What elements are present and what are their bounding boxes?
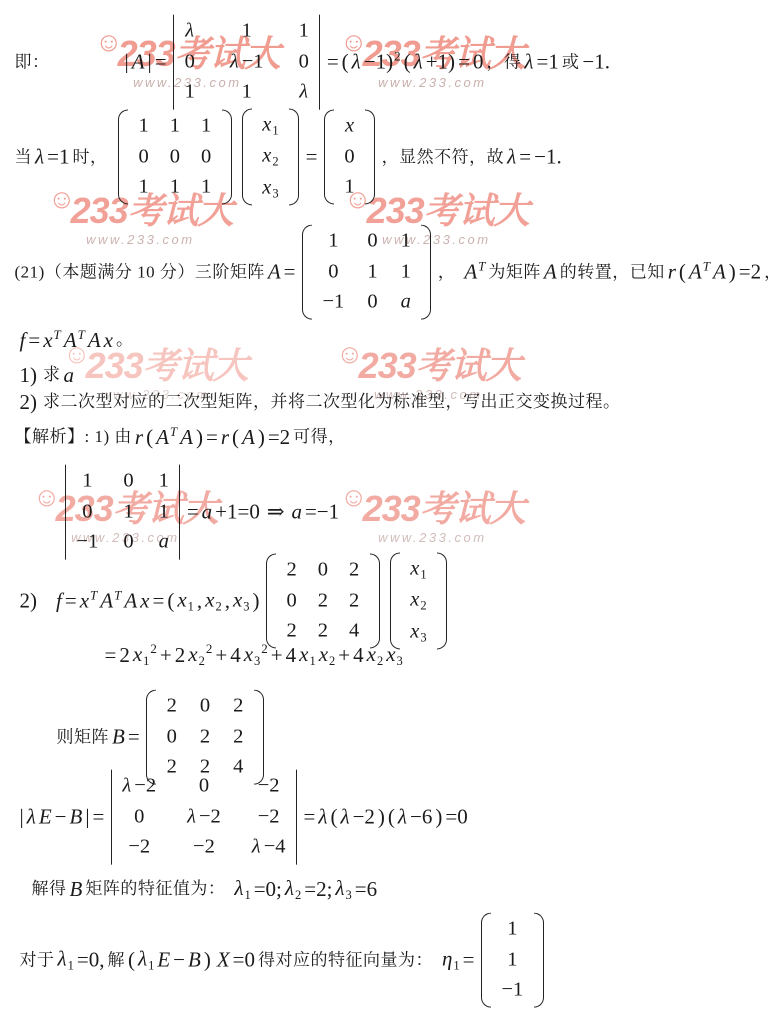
matrix-cell: 0 xyxy=(199,145,212,169)
math-token: xT xyxy=(43,328,61,352)
math-token: 0 xyxy=(473,50,484,74)
lambda-1-check-line: 当λ=1时，111000111x1x2x3=x01，显然不符，故λ=−1. xyxy=(13,108,563,205)
math-token: =1 xyxy=(47,145,69,169)
subscript: 3 xyxy=(272,186,278,200)
math-token: 0 xyxy=(367,291,377,315)
matrix-cell: 1 xyxy=(137,115,150,139)
math-token: , xyxy=(225,589,230,613)
matrix-cell: 2 xyxy=(316,620,329,644)
matrix-cell: a xyxy=(399,291,412,315)
math-token: r xyxy=(668,260,676,284)
math-token: AT xyxy=(64,328,85,352)
math-token: ( xyxy=(342,50,349,74)
math-token: x1 xyxy=(410,557,426,581)
math-token: =0, xyxy=(77,948,105,972)
math-token: 则矩阵 xyxy=(57,727,110,747)
math-token: −4 xyxy=(264,836,286,860)
paren-right xyxy=(289,108,299,205)
math-token: 解得 xyxy=(32,879,67,899)
eigenvalues-line: 解得B矩阵的特征值为：λ1=0;λ2=2;λ3=6 xyxy=(30,876,379,902)
det-bar-right xyxy=(319,15,320,110)
math-token: 1 xyxy=(367,260,377,284)
watermark-233-logo: 233考试大 xyxy=(363,491,525,527)
matrix-cell: x3 xyxy=(409,620,428,644)
matrix-cell: 2 xyxy=(165,695,178,719)
matrix-cell: −1 xyxy=(75,531,100,555)
math-token: 1 xyxy=(185,81,195,105)
math-token: 0 xyxy=(328,260,338,284)
subscript: 1 xyxy=(244,888,250,902)
smiley-icon: ☺ xyxy=(340,484,368,511)
subscript: 3 xyxy=(346,888,352,902)
math-token: =1 xyxy=(537,50,559,74)
spacer xyxy=(212,960,215,961)
paren-left xyxy=(324,110,334,205)
math-token: −2 xyxy=(134,775,156,799)
math-token: 1 xyxy=(401,230,411,254)
math-token: 0 xyxy=(318,559,328,583)
matrix-cell: 1 xyxy=(157,500,170,524)
math-token: x xyxy=(140,589,149,613)
matrix-cell: 0 xyxy=(198,695,211,719)
math-token: 1 xyxy=(159,500,169,524)
math-token: x2 xyxy=(319,642,336,668)
matrix-grid: 202022224 xyxy=(276,554,370,649)
matrix-cell: λ xyxy=(298,81,310,105)
math-token: 0 xyxy=(344,145,354,169)
math-token: ( xyxy=(232,425,239,449)
math-token: ，且二次型 xyxy=(764,262,781,282)
paren-matrix: x1x2x3 xyxy=(390,552,447,649)
math-token: 当 xyxy=(15,147,33,167)
paren-left xyxy=(266,554,276,649)
spacer xyxy=(286,512,290,513)
subscript: 1 xyxy=(453,959,459,973)
watermark-233-logo: 233考试大 xyxy=(86,348,248,384)
math-token: 2 xyxy=(233,725,243,749)
subscript: 2 xyxy=(215,600,221,614)
math-token: 0 xyxy=(200,695,210,719)
subscript: 3 xyxy=(254,654,260,668)
matrix-cell: 2 xyxy=(316,589,329,613)
matrix-cell: 4 xyxy=(348,620,361,644)
math-token: 1 xyxy=(201,115,211,139)
spacer xyxy=(39,401,42,402)
eigenvector-1-line: 对于λ1=0,解(λ1E−B)X=0得对应的特征向量为：η1=11−1 xyxy=(18,913,549,1008)
math-token: λ1 xyxy=(234,876,250,902)
matrix-cell: 1 xyxy=(399,230,412,254)
math-token: −2 xyxy=(353,805,375,829)
spacer xyxy=(39,374,42,375)
matrix-cell: 0 xyxy=(137,145,150,169)
math-token: x3 xyxy=(386,642,403,668)
math-token: =0; xyxy=(254,877,282,901)
matrix-cell: 2 xyxy=(285,620,298,644)
math-token: λ xyxy=(318,805,327,829)
math-token: 0 xyxy=(123,470,133,494)
matrix-grid: 101011−10a xyxy=(66,465,179,560)
math-token: AT xyxy=(100,589,121,613)
math-token: A xyxy=(544,260,557,284)
subscript: 2 xyxy=(272,155,278,169)
math-token: =6 xyxy=(355,877,377,901)
matrix-cell: 0 xyxy=(197,775,210,799)
math-token: AT xyxy=(689,260,710,284)
math-token: 或 xyxy=(562,52,580,72)
watermark-logo-row: ☺233考试大 xyxy=(340,491,525,527)
math-token: a xyxy=(64,363,75,387)
matrix-cell: 1 xyxy=(183,81,196,105)
matrix-grid: 11−1 xyxy=(491,913,534,1008)
math-token: + xyxy=(338,643,350,667)
math-token: = xyxy=(187,500,199,524)
math-token: − xyxy=(173,948,185,972)
matrix-cell: −2 xyxy=(256,805,281,829)
subscript: 2 xyxy=(329,654,335,668)
superscript: T xyxy=(90,588,97,603)
matrix-cell: 1 xyxy=(240,81,253,105)
math-token: 1 xyxy=(138,176,148,200)
math-token: x3 xyxy=(262,176,278,200)
math-token: λ xyxy=(340,805,349,829)
math-token: x2 xyxy=(367,642,384,668)
math-token: + xyxy=(271,643,283,667)
math-token: λ xyxy=(524,50,533,74)
math-token: λ3 xyxy=(335,876,351,902)
subscript: 2 xyxy=(199,654,205,668)
quadratic-form-line: f=xTATAx。 xyxy=(18,328,135,352)
math-token: 1 xyxy=(507,918,517,942)
math-token: −1 xyxy=(77,531,99,555)
spacer xyxy=(457,272,463,273)
matrix-cell: 1 xyxy=(366,260,379,284)
matrix-cell: 1 xyxy=(122,500,135,524)
math-token: 1 xyxy=(344,176,354,200)
math-token: 0 xyxy=(123,531,133,555)
paren-right xyxy=(534,913,544,1008)
math-token: = xyxy=(463,948,475,972)
math-token: 4 xyxy=(230,643,241,667)
superscript: T xyxy=(78,327,85,342)
matrix-cell: −2 xyxy=(256,775,281,799)
matrix-cell: 0 xyxy=(327,260,340,284)
math-token: 1 xyxy=(242,20,252,44)
math-token: −2 xyxy=(258,775,280,799)
matrix-cell: −2 xyxy=(192,836,217,860)
math-token: 1 xyxy=(123,500,133,524)
math-token: A xyxy=(242,425,255,449)
math-token: = xyxy=(327,50,339,74)
matrix-cell: −2 xyxy=(127,836,152,860)
matrix-cell: a xyxy=(157,531,170,555)
math-token: λ xyxy=(35,145,44,169)
problem-21-line: (21)（本题满分 10 分）三阶矩阵A=101011−10a，AT为矩阵A的转… xyxy=(13,225,781,320)
matrix-grid: λ−20−20λ−2−2−2−2λ−4 xyxy=(112,770,296,865)
math-token: | xyxy=(20,805,24,829)
subscript: 2 xyxy=(420,599,426,613)
math-token: =−1 xyxy=(305,500,339,524)
math-token: x1 xyxy=(177,588,194,614)
math-token: 2) xyxy=(20,589,38,613)
math-token: 2 xyxy=(200,725,210,749)
part2-question-line: 2)求二次型对应的二次型矩阵，并将二次型化为标准型，写出正交变换过程。 xyxy=(18,390,622,414)
math-token: −6 xyxy=(410,805,432,829)
math-token: 时， xyxy=(72,147,107,167)
matrix-cell: 2 xyxy=(285,559,298,583)
superscript: 2 xyxy=(150,641,157,656)
math-token: λ xyxy=(187,805,196,829)
math-token: ( xyxy=(167,589,174,613)
math-token: ) xyxy=(378,805,385,829)
math-token: x2 xyxy=(262,145,278,169)
math-token: =2; xyxy=(304,877,332,901)
math-token: 2 xyxy=(349,559,359,583)
math-token: f xyxy=(20,328,26,352)
math-token: +1=0 xyxy=(215,500,260,524)
matrix-cell: 2 xyxy=(198,725,211,749)
matrix-cell: 1 xyxy=(506,918,519,942)
matrix-cell: 0 xyxy=(343,145,356,169)
part2-expansion-line: 2)f=xTATAx=(x1,x2,x3)202022224x1x2x3 xyxy=(18,552,452,649)
math-token: 。 xyxy=(116,330,134,350)
math-token: 1 xyxy=(507,948,517,972)
math-token: ，显然不符，故 xyxy=(382,147,505,167)
analysis-line: 【解析】: 1) 由r(ATA)=r(A)=2可得， xyxy=(13,425,347,449)
math-token: ) xyxy=(729,260,736,284)
math-token: = xyxy=(519,145,531,169)
math-token: A xyxy=(88,328,101,352)
math-token: 0 xyxy=(287,589,297,613)
math-token: 解 xyxy=(107,950,125,970)
matrix-cell: 2 xyxy=(232,695,245,719)
math-token: = xyxy=(284,260,296,284)
matrix-cell: −1 xyxy=(321,291,346,315)
math-token: =2 xyxy=(268,425,290,449)
math-token: = xyxy=(306,145,318,169)
math-token: λ xyxy=(185,20,194,44)
math-token: AT xyxy=(464,260,485,284)
matrix-grid: λ110λ−1011λ xyxy=(174,15,319,110)
math-token: 2 xyxy=(287,620,297,644)
math-token: 0 xyxy=(167,725,177,749)
subscript: 3 xyxy=(420,630,426,644)
subscript: 1 xyxy=(420,567,426,581)
math-token: λ xyxy=(27,805,36,829)
matrix-cell: 1 xyxy=(137,176,150,200)
math-token: =2 xyxy=(739,260,761,284)
math-token: ( xyxy=(128,948,135,972)
math-token: λ xyxy=(352,50,361,74)
matrix-cell: x2 xyxy=(409,589,428,613)
paren-left xyxy=(242,108,252,205)
math-token: 1 xyxy=(299,20,309,44)
math-token: ⇒ xyxy=(267,500,285,524)
paren-right xyxy=(365,110,375,205)
math-token: E xyxy=(157,948,170,972)
matrix-cell: 1 xyxy=(168,176,181,200)
math-token: 【解析】: 1) 由 xyxy=(15,427,132,447)
matrix-grid: x1x2x3 xyxy=(252,108,289,205)
matrix-cell: 1 xyxy=(168,115,181,139)
matrix-cell: 2 xyxy=(348,589,361,613)
matrix-grid: x1x2x3 xyxy=(400,552,437,649)
math-token: x xyxy=(345,115,354,139)
math-token: ) xyxy=(253,589,260,613)
math-token: λ xyxy=(398,805,407,829)
math-token: λ xyxy=(122,775,131,799)
paren-left xyxy=(481,913,491,1008)
math-token: λ xyxy=(252,836,261,860)
math-token: B xyxy=(70,877,83,901)
math-token: 2 xyxy=(167,695,177,719)
math-token: 1 xyxy=(328,230,338,254)
math-token: + xyxy=(215,643,227,667)
math-token: ) xyxy=(435,805,442,829)
math-token: ，得 xyxy=(486,52,521,72)
math-token: r xyxy=(135,425,143,449)
det-bar-right xyxy=(296,770,297,865)
matrix-cell: 0 xyxy=(81,500,94,524)
subscript: 1 xyxy=(68,959,74,973)
matrix-cell: 0 xyxy=(122,470,135,494)
paren-matrix: 11−1 xyxy=(481,913,544,1008)
determinant-matrix: 101011−10a xyxy=(65,465,180,560)
math-token: AT xyxy=(156,425,177,449)
matrix-cell: 2 xyxy=(348,559,361,583)
superscript: T xyxy=(54,327,61,342)
math-token: x22 xyxy=(188,642,212,668)
math-token: A xyxy=(713,260,726,284)
matrix-cell: 1 xyxy=(506,948,519,972)
paren-right xyxy=(437,552,447,649)
math-token: x1 xyxy=(299,642,316,668)
math-token: = xyxy=(28,328,40,352)
superscript: T xyxy=(703,259,710,274)
math-token: λ1 xyxy=(138,947,154,973)
math-token: = xyxy=(105,643,117,667)
math-token: 可得， xyxy=(293,427,346,447)
math-token: 0 xyxy=(199,775,209,799)
math-token: ( xyxy=(146,425,153,449)
math-token: = xyxy=(304,805,316,829)
math-token: x xyxy=(104,328,113,352)
math-token: 2) xyxy=(20,390,38,414)
math-token: λ xyxy=(507,145,516,169)
subscript: 1 xyxy=(148,959,154,973)
superscript: T xyxy=(114,588,121,603)
math-token: 0 xyxy=(201,145,211,169)
math-token: 1 xyxy=(138,115,148,139)
subscript: 1 xyxy=(309,654,315,668)
spacer xyxy=(51,62,123,63)
paren-matrix: 202022224 xyxy=(266,554,380,649)
matrix-grid: 111000111 xyxy=(128,110,222,205)
math-token: −1 xyxy=(502,979,524,1003)
math-token: 1 xyxy=(401,260,411,284)
math-token: A xyxy=(124,589,137,613)
subscript: 2 xyxy=(295,888,301,902)
matrix-cell: 1 xyxy=(327,230,340,254)
math-token: xT xyxy=(80,589,98,613)
determinant-matrix: λ110λ−1011λ xyxy=(173,15,320,110)
math-token: 0 xyxy=(185,50,195,74)
matrix-cell: 0 xyxy=(122,531,135,555)
math-token: 求二次型对应的二次型矩阵，并将二次型化为标准型，写出正交变换过程。 xyxy=(43,392,621,412)
math-token: A xyxy=(180,425,193,449)
subscript: 3 xyxy=(397,654,403,668)
matrix-cell: λ−2 xyxy=(121,775,158,799)
part1-question-line: 1)求a xyxy=(18,363,76,387)
math-token: ( xyxy=(388,805,395,829)
matrix-cell: 0 xyxy=(133,805,146,829)
math-token: a xyxy=(202,500,213,524)
math-token: 4 xyxy=(349,620,359,644)
math-token: B xyxy=(70,805,83,829)
spacer xyxy=(434,960,440,961)
paren-matrix: 101011−10a xyxy=(302,225,431,320)
matrix-grid: x01 xyxy=(334,110,365,205)
matrix-cell: −1 xyxy=(500,979,525,1003)
superscript: 2 xyxy=(261,641,268,656)
paren-matrix: 111000111 xyxy=(118,110,232,205)
watermark-233: ☺233考试大www.233.com xyxy=(340,491,525,545)
math-token: ) xyxy=(258,425,265,449)
paren-left xyxy=(118,110,128,205)
math-token: 的转置，已知 xyxy=(560,262,665,282)
math-token: 0 xyxy=(170,145,180,169)
matrix-cell: x2 xyxy=(261,145,280,169)
paren-right xyxy=(222,110,232,205)
math-token: 1 xyxy=(242,81,252,105)
math-token: −1. xyxy=(582,50,610,74)
matrix-cell: x1 xyxy=(261,113,280,137)
math-token: 0 xyxy=(134,805,144,829)
math-token: 2 xyxy=(318,620,328,644)
watermark-logo-row: ☺233考试大 xyxy=(336,348,521,384)
math-token: 0 xyxy=(367,230,377,254)
math-token: −1 xyxy=(323,291,345,315)
superscript: 2 xyxy=(394,49,401,64)
matrix-cell: 1 xyxy=(199,176,212,200)
math-token: 4 xyxy=(286,643,297,667)
quadratic-expanded-line: =2x12+2x22+4x32+4x1x2+4x2x3 xyxy=(103,642,404,668)
matrix-cell: x3 xyxy=(261,176,280,200)
math-token: −2 xyxy=(128,836,150,860)
math-token: B xyxy=(188,948,201,972)
watermark-233-logo: 233考试大 xyxy=(359,348,521,384)
matrix-cell: x1 xyxy=(409,557,428,581)
matrix-cell: 0 xyxy=(366,230,379,254)
math-token: 2 xyxy=(233,695,243,719)
paren-left xyxy=(302,225,312,320)
paren-matrix: x1x2x3 xyxy=(242,108,299,205)
matrix-cell: 0 xyxy=(285,589,298,613)
paren-left xyxy=(390,552,400,649)
math-token: = xyxy=(128,725,140,749)
math-token: =0 xyxy=(233,948,255,972)
math-token: 求 xyxy=(43,365,61,385)
math-token: x32 xyxy=(244,642,268,668)
math-token: = xyxy=(65,589,77,613)
math-token: 2 xyxy=(318,589,328,613)
matrix-cell: λ xyxy=(184,20,196,44)
matrix-cell: 2 xyxy=(232,725,245,749)
math-token: 2 xyxy=(349,589,359,613)
matrix-cell: λ−2 xyxy=(186,805,223,829)
math-token: x12 xyxy=(133,642,157,668)
matrix-cell: 0 xyxy=(165,725,178,749)
paren-matrix: x01 xyxy=(324,110,375,205)
